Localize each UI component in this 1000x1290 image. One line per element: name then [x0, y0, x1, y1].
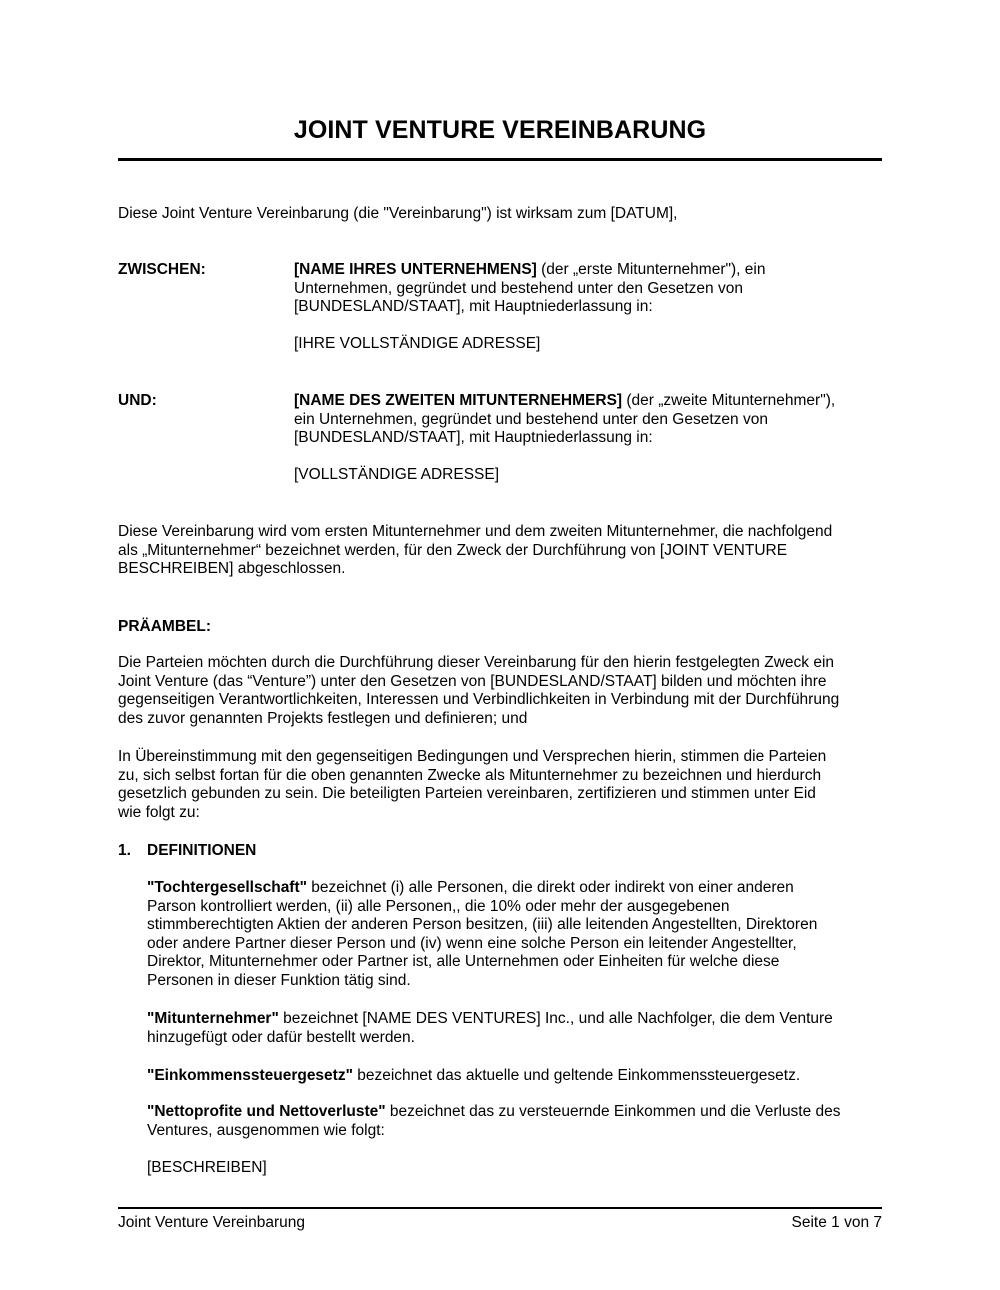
intro-paragraph: Diese Joint Venture Vereinbarung (die "V… [118, 205, 882, 224]
party-first-line1: (der „erste Mitunternehmer"), ein [537, 261, 766, 278]
definition-text: bezeichnet das aktuelle und geltende Ein… [353, 1067, 800, 1084]
definition-text: Direktor, Mitunternehmer oder Partner is… [147, 953, 887, 972]
section-number: 1. [118, 842, 131, 861]
party-second-details: [NAME DES ZWEITEN MITUNTERNEHMERS] (der … [294, 392, 884, 484]
party-second-line1: (der „zweite Mitunternehmer"), [622, 392, 835, 409]
document-title: JOINT VENTURE VEREINBARUNG [118, 116, 882, 145]
footer-page-number: Seite 1 von 7 [792, 1214, 882, 1232]
footer-document-name: Joint Venture Vereinbarung [118, 1214, 305, 1232]
preamble-paragraph-1: Die Parteien möchten durch die Durchführ… [118, 654, 882, 728]
definition-mitunternehmer: "Mitunternehmer" bezeichnet [NAME DES VE… [147, 1010, 887, 1047]
party-label-between: ZWISCHEN: [118, 261, 206, 279]
definition-text: hinzugefügt oder dafür bestellt werden. [147, 1029, 887, 1048]
definition-term: "Mitunternehmer" [147, 1010, 279, 1027]
party-first-line3: [BUNDESLAND/STAAT], mit Hauptniederlassu… [294, 298, 884, 317]
party-label-and: UND: [118, 392, 157, 410]
preamble-line: gesetzlich gebunden zu sein. Die beteili… [118, 785, 882, 804]
definition-term: "Nettoprofite und Nettoverluste" [147, 1103, 386, 1120]
definition-text: bezeichnet (i) alle Personen, die direkt… [307, 879, 794, 896]
purpose-line: Diese Vereinbarung wird vom ersten Mitun… [118, 523, 882, 542]
party-second-line2: ein Unternehmen, gegründet und bestehend… [294, 411, 884, 430]
definition-term: "Tochtergesellschaft" [147, 879, 307, 896]
preamble-line: wie folgt zu: [118, 804, 882, 823]
party-first-address: [IHRE VOLLSTÄNDIGE ADRESSE] [294, 335, 884, 354]
definition-nettoprofite: "Nettoprofite und Nettoverluste" bezeich… [147, 1103, 887, 1140]
definition-text: bezeichnet [NAME DES VENTURES] Inc., und… [279, 1010, 833, 1027]
title-divider [118, 158, 882, 161]
footer-divider [118, 1207, 882, 1209]
definition-text: bezeichnet das zu versteuernde Einkommen… [386, 1103, 841, 1120]
preamble-line: Joint Venture (das “Venture”) unter den … [118, 673, 882, 692]
preamble-line: In Übereinstimmung mit den gegenseitigen… [118, 748, 882, 767]
definition-term: "Einkommenssteuergesetz" [147, 1067, 353, 1084]
preamble-line: des zuvor genannten Projekts festlegen u… [118, 710, 882, 729]
preamble-line: gegenseitigen Verantwortlichkeiten, Inte… [118, 691, 882, 710]
party-first-line2: Unternehmen, gegründet und bestehend unt… [294, 280, 884, 299]
purpose-paragraph: Diese Vereinbarung wird vom ersten Mitun… [118, 523, 882, 579]
definition-text: oder andere Partner dieser Person und (i… [147, 935, 887, 954]
party-first-details: [NAME IHRES UNTERNEHMENS] (der „erste Mi… [294, 261, 884, 353]
section-title: DEFINITIONEN [147, 842, 256, 861]
party-second-line3: [BUNDESLAND/STAAT], mit Hauptniederlassu… [294, 429, 884, 448]
purpose-line: als „Mitunternehmer“ bezeichnet werden, … [118, 542, 882, 561]
definition-text: Parson kontrolliert werden, (ii) alle Pe… [147, 898, 887, 917]
party-first-name: [NAME IHRES UNTERNEHMENS] [294, 261, 537, 278]
party-second-name: [NAME DES ZWEITEN MITUNTERNEHMERS] [294, 392, 622, 409]
definition-text: Personen in dieser Funktion tätig sind. [147, 972, 887, 991]
definition-text: Ventures, ausgenommen wie folgt: [147, 1122, 887, 1141]
purpose-line: BESCHREIBEN] abgeschlossen. [118, 560, 882, 579]
describe-placeholder: [BESCHREIBEN] [147, 1159, 887, 1178]
definition-text: stimmberechtigten Aktien der anderen Per… [147, 916, 887, 935]
definition-einkommenssteuergesetz: "Einkommenssteuergesetz" bezeichnet das … [147, 1067, 887, 1086]
preamble-line: Die Parteien möchten durch die Durchführ… [118, 654, 882, 673]
preamble-line: zu, sich selbst fortan für die oben gena… [118, 767, 882, 786]
preamble-paragraph-2: In Übereinstimmung mit den gegenseitigen… [118, 748, 882, 822]
preamble-heading: PRÄAMBEL: [118, 618, 882, 637]
definition-tochtergesellschaft: "Tochtergesellschaft" bezeichnet (i) all… [147, 879, 887, 990]
party-second-address: [VOLLSTÄNDIGE ADRESSE] [294, 466, 884, 485]
